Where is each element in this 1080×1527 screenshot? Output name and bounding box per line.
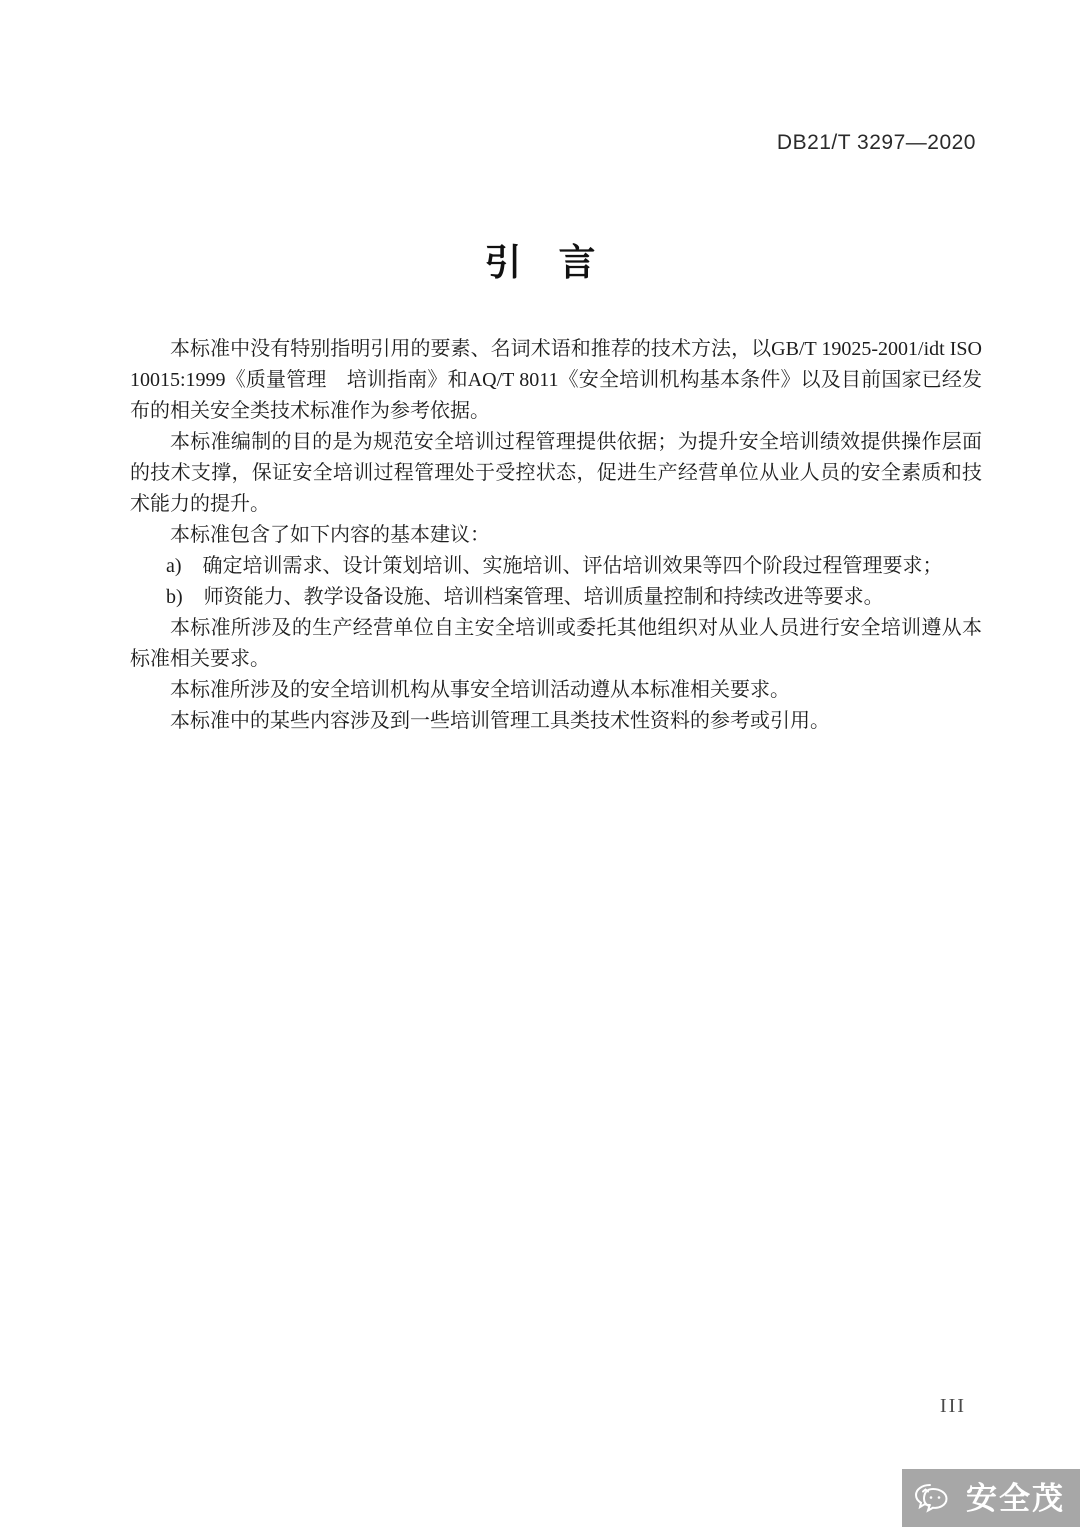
- wechat-icon: [912, 1478, 958, 1518]
- page-number: III: [920, 1393, 982, 1416]
- list-item-b: b)师资能力、教学设备设施、培训档案管理、培训质量控制和持续改进等要求。: [130, 582, 982, 613]
- paragraph-2: 本标准编制的目的是为规范安全培训过程管理提供依据；为提升安全培训绩效提供操作层面…: [130, 427, 982, 520]
- list-item-a: a)确定培训需求、设计策划培训、实施培训、评估培训效果等四个阶段过程管理要求；: [130, 551, 982, 582]
- paragraph-3: 本标准包含了如下内容的基本建议：: [130, 520, 982, 551]
- list-marker-b: b): [166, 586, 183, 608]
- paragraph-1: 本标准中没有特别指明引用的要素、名词术语和推荐的技术方法，以GB/T 19025…: [130, 334, 982, 427]
- list-text-b: 师资能力、教学设备设施、培训档案管理、培训质量控制和持续改进等要求。: [204, 586, 884, 608]
- document-body: 本标准中没有特别指明引用的要素、名词术语和推荐的技术方法，以GB/T 19025…: [130, 334, 982, 737]
- brand-name: 安全茂: [966, 1483, 1065, 1514]
- brand-watermark: 安全茂: [902, 1469, 1080, 1527]
- document-page: DB21/T 3297—2020 引 言 本标准中没有特别指明引用的要素、名词术…: [0, 0, 1080, 1527]
- paragraph-4: 本标准所涉及的生产经营单位自主安全培训或委托其他组织对从业人员进行安全培训遵从本…: [130, 613, 982, 675]
- list-text-a: 确定培训需求、设计策划培训、实施培训、评估培训效果等四个阶段过程管理要求；: [203, 555, 943, 577]
- paragraph-5: 本标准所涉及的安全培训机构从事安全培训活动遵从本标准相关要求。: [130, 675, 982, 706]
- list-marker-a: a): [166, 555, 182, 577]
- doc-number: DB21/T 3297—2020: [777, 131, 976, 155]
- page-title: 引 言: [0, 232, 1080, 286]
- paragraph-6: 本标准中的某些内容涉及到一些培训管理工具类技术性资料的参考或引用。: [130, 706, 982, 737]
